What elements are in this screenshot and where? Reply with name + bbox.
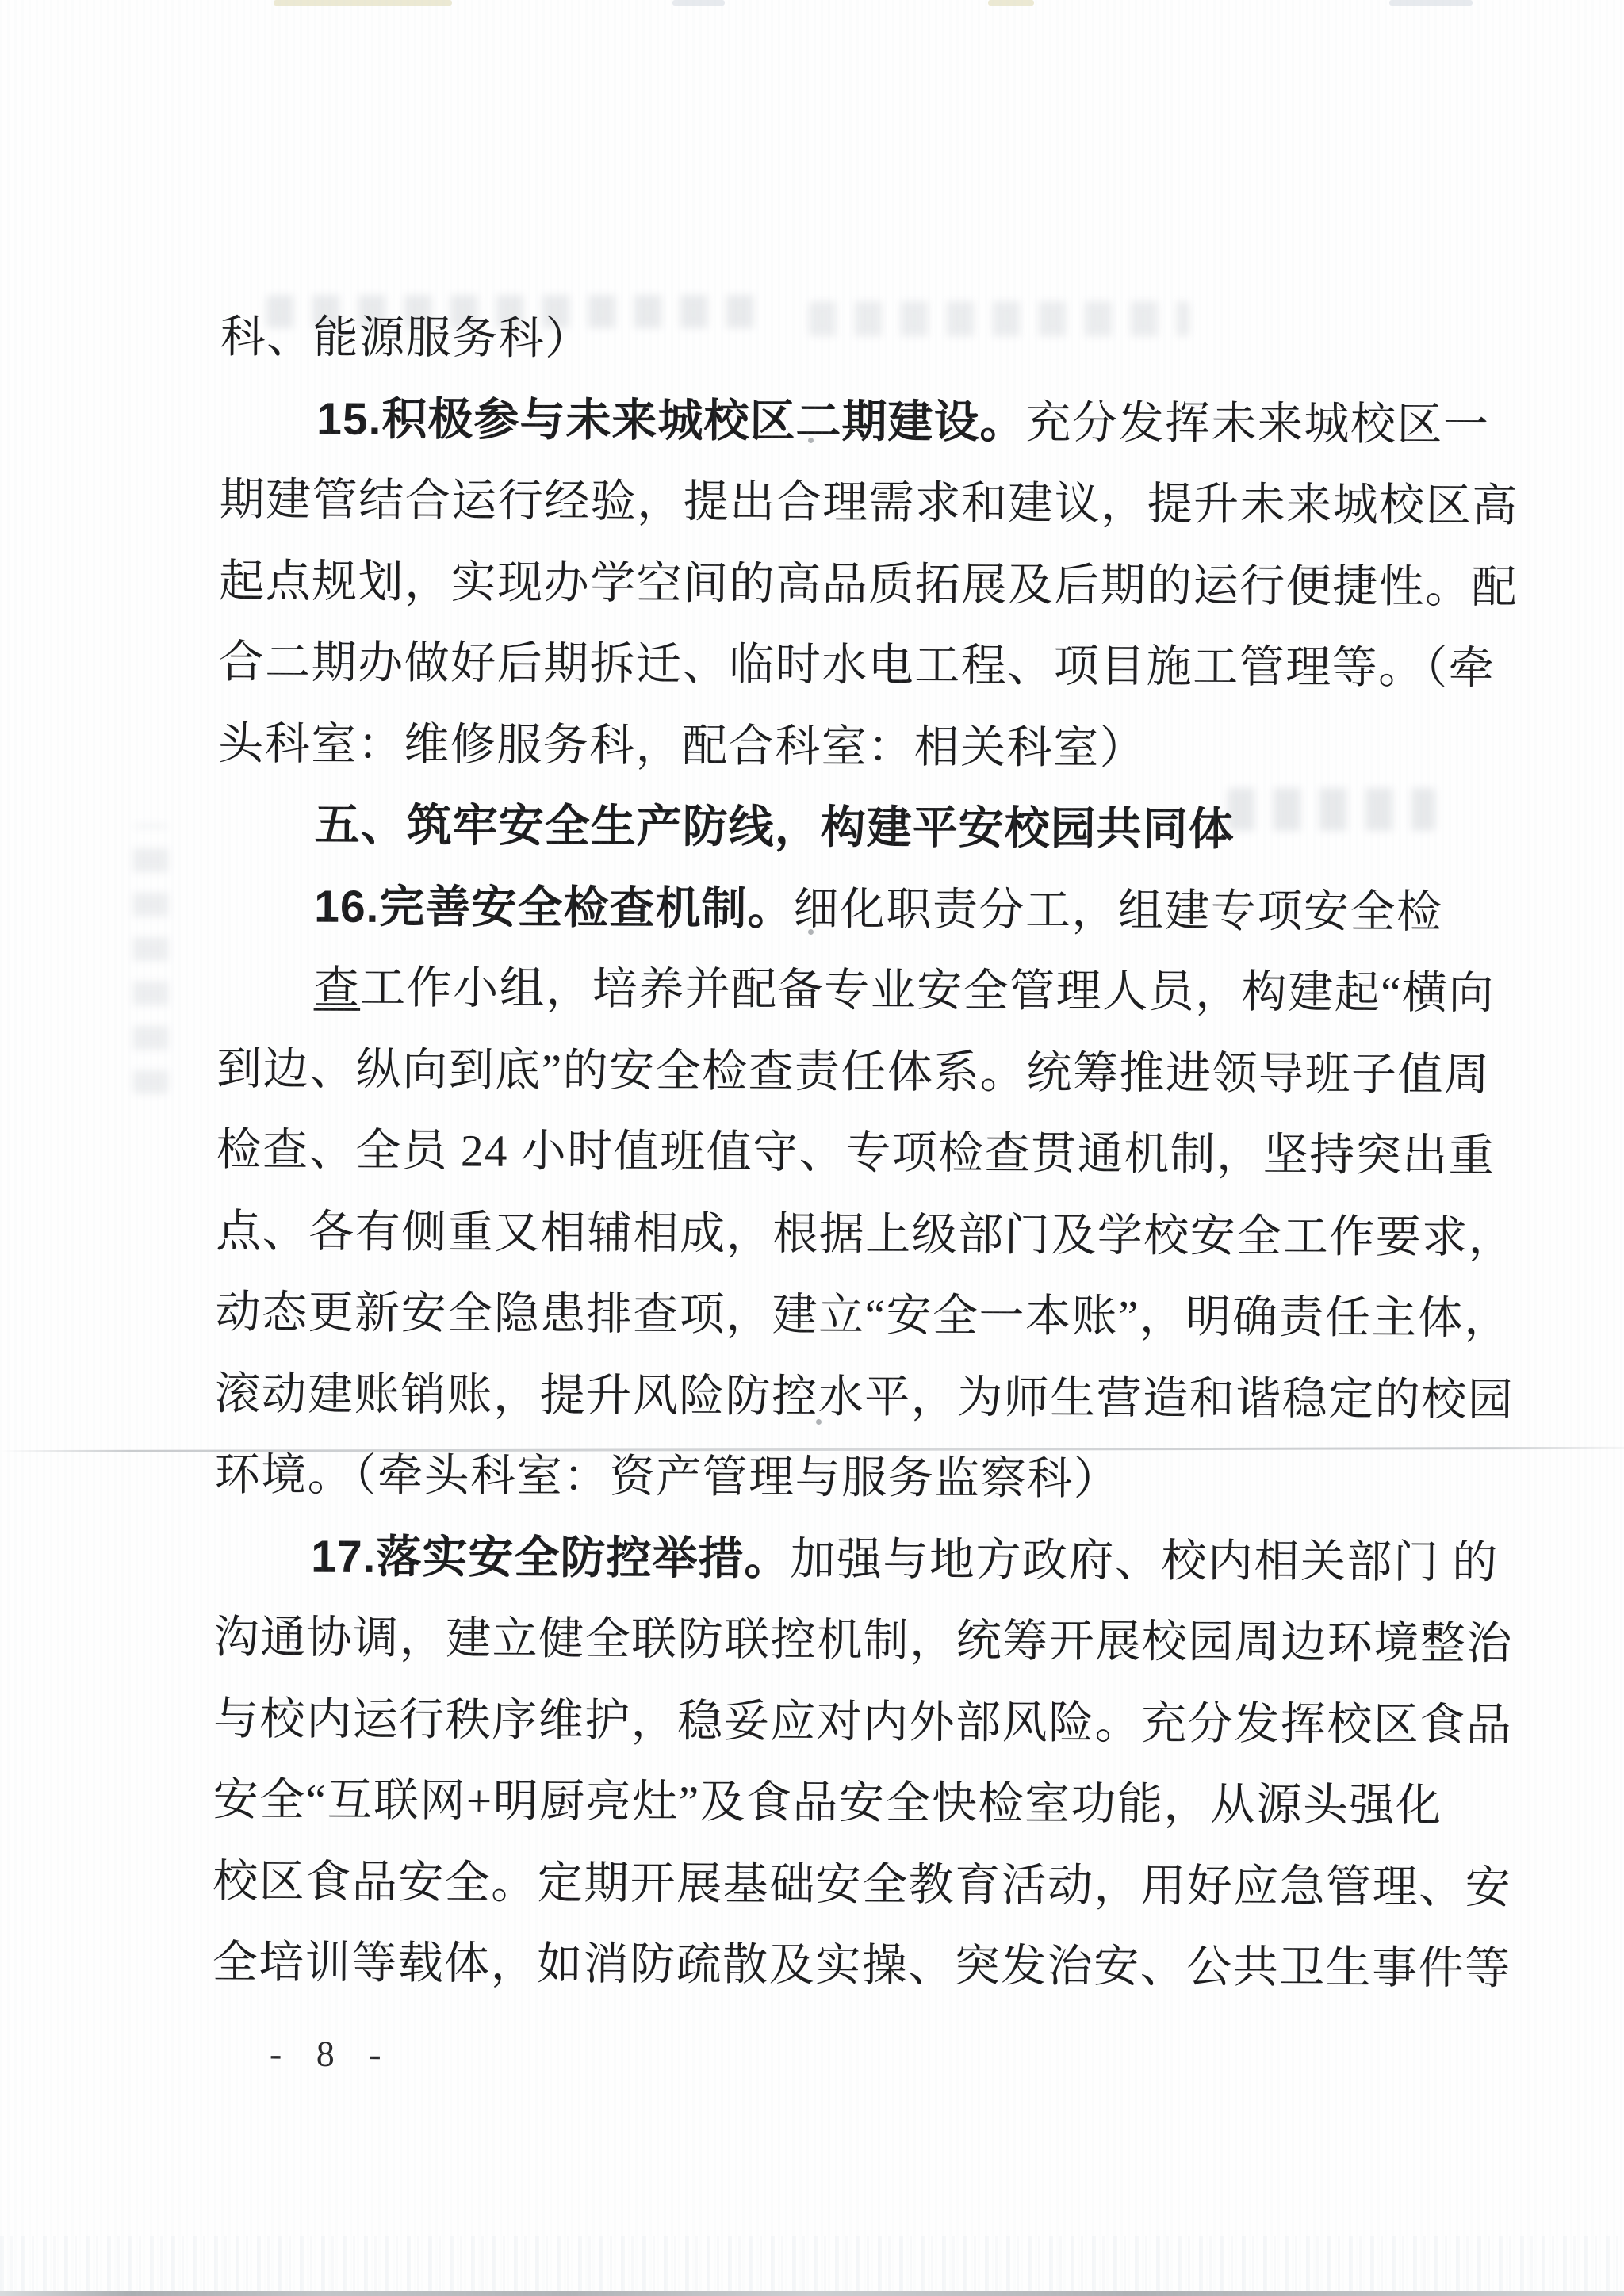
scanner-edge-band: [0, 2236, 1624, 2291]
scan-speck: [988, 0, 1034, 6]
body-text-segment: 起点规划，实现办学空间的高品质拓展及后期的运行便捷性。配: [219, 556, 1518, 612]
bold-text-segment: 16.完善安全检查机制。: [314, 881, 794, 934]
body-text-segment: 充分发挥未来城校区一: [1025, 397, 1489, 450]
body-text-segment: 滚动建账销账，提升风险防控水平，为师生营造和谐稳定的校园: [215, 1368, 1514, 1425]
body-text-segment: 动态更新安全隐患排查项，建立“安全一本账”，明确责任主体，: [216, 1288, 1511, 1344]
text-line: 沟通协调，建立健全联防联控机制，统筹开展校园周边环境整治: [213, 1597, 1434, 1684]
bold-text-segment: 15.积极参与未来城校区二期建设。: [316, 393, 1026, 447]
text-line: 16.完善安全检查机制。细化职责分工，组建专项安全检: [217, 865, 1438, 952]
body-text-segment: 查工作小组，培养并配备专业安全管理人员，构建起“横向: [314, 963, 1496, 1019]
body-text-segment: 全培训等载体，如消防疏散及实操、突发治安、公共卫生事件等: [213, 1938, 1511, 1994]
text-line: 检查、全员 24 小时值班值守、专项检查贯通机制，坚持突出重: [216, 1109, 1437, 1196]
text-line: 与校内运行秩序维护，稳妥应对内外部风险。充分发挥校区食品: [213, 1678, 1434, 1765]
document-lines: 科、能源服务科）15.积极参与未来城校区二期建设。充分发挥未来城校区一期建管结合…: [212, 297, 1442, 2009]
body-text-segment: 科、能源服务科）: [220, 312, 592, 364]
body-text-segment: 到边、纵向到底”的安全检查责任体系。统筹推进领导班子值周: [216, 1043, 1491, 1100]
body-text-segment: 环境。（牵头科室：资产管理与服务监察科）: [215, 1450, 1120, 1505]
text-line: 校区食品安全。定期开展基础安全教育活动，用好应急管理、安: [213, 1840, 1434, 1927]
text-line: 起点规划，实现办学空间的高品质拓展及后期的运行便捷性。配: [219, 540, 1440, 627]
scan-speck: [1389, 0, 1473, 6]
text-line: 到边、纵向到底”的安全检查责任体系。统筹推进领导班子值周: [216, 1027, 1438, 1115]
text-line: 安全“互联网+明厨亮灶”及食品安全快检室功能，从源头强化: [213, 1759, 1434, 1846]
body-text-segment: 与校内运行秩序维护，稳妥应对内外部风险。充分发挥校区食品: [213, 1693, 1512, 1750]
text-line: 17.落实安全防控举措。加强与地方政府、校内相关部门 的: [214, 1515, 1435, 1602]
body-text-segment: 合二期办做好后期拆迁、临时水电工程、项目施工管理等。（牵: [219, 637, 1496, 694]
body-text-segment: 加强与地方政府、校内相关部门 的: [790, 1534, 1499, 1587]
scan-speck: [672, 0, 725, 6]
body-text-segment: 期建管结合运行经验，提出合理需求和建议，提升未来城校区高: [220, 475, 1519, 531]
text-line: 环境。（牵头科室：资产管理与服务监察科）: [214, 1434, 1435, 1521]
text-line: 合二期办做好后期拆迁、临时水电工程、项目施工管理等。（牵: [218, 622, 1439, 709]
underlined-character: 查: [314, 963, 361, 1013]
body-text-segment: 安全“互联网+明厨亮灶”及食品安全快检室功能，从源头强化: [213, 1775, 1442, 1831]
document-page: 科、能源服务科）15.积极参与未来城校区二期建设。充分发挥未来城校区一期建管结合…: [0, 0, 1624, 2296]
bold-text-segment: 17.落实安全防控举措。: [311, 1531, 791, 1584]
text-line: 期建管结合运行经验，提出合理需求和建议，提升未来城校区高: [219, 459, 1440, 546]
body-text-segment: 点、各有侧重又相辅相成，根据上级部门及学校安全工作要求，: [216, 1206, 1515, 1262]
text-line: 点、各有侧重又相辅相成，根据上级部门及学校安全工作要求，: [216, 1190, 1437, 1277]
body-text-segment: 校区食品安全。定期开展基础安全教育活动，用好应急管理、安: [213, 1856, 1511, 1912]
page-number: - 8 -: [270, 2026, 394, 2083]
bleed-through-artifact: [133, 825, 168, 1094]
text-line: 科、能源服务科）: [220, 297, 1441, 384]
text-line: 全培训等载体，如消防疏散及实操、突发治安、公共卫生事件等: [212, 1922, 1433, 2009]
text-line: 动态更新安全隐患排查项，建立“安全一本账”，明确责任主体，: [215, 1272, 1436, 1359]
text-line: 滚动建账销账，提升风险防控水平，为师生营造和谐稳定的校园: [215, 1353, 1436, 1440]
bold-text-segment: 五、筑牢安全生产防线，构建平安校园共同体: [315, 800, 1235, 855]
body-text-segment: 检查、全员 24 小时值班值守、专项检查贯通机制，坚持突出重: [216, 1125, 1496, 1181]
text-line: 15.积极参与未来城校区二期建设。充分发挥未来城校区一: [220, 377, 1441, 465]
scan-speck: [274, 0, 452, 6]
next-page-edge: [0, 2291, 1624, 2296]
body-text-segment: 沟通协调，建立健全联防联控机制，统筹开展校园周边环境整治: [214, 1613, 1513, 1669]
body-text-segment: 头科室：维修服务科，配合科室：相关科室）: [218, 718, 1146, 773]
text-line: 五、筑牢安全生产防线，构建平安校园共同体: [217, 784, 1438, 871]
body-text-segment: 细化职责分工，组建专项安全检: [793, 884, 1442, 937]
text-line: 头科室：维修服务科，配合科室：相关科室）: [218, 702, 1439, 790]
text-line: 查工作小组，培养并配备专业安全管理人员，构建起“横向: [216, 947, 1438, 1034]
